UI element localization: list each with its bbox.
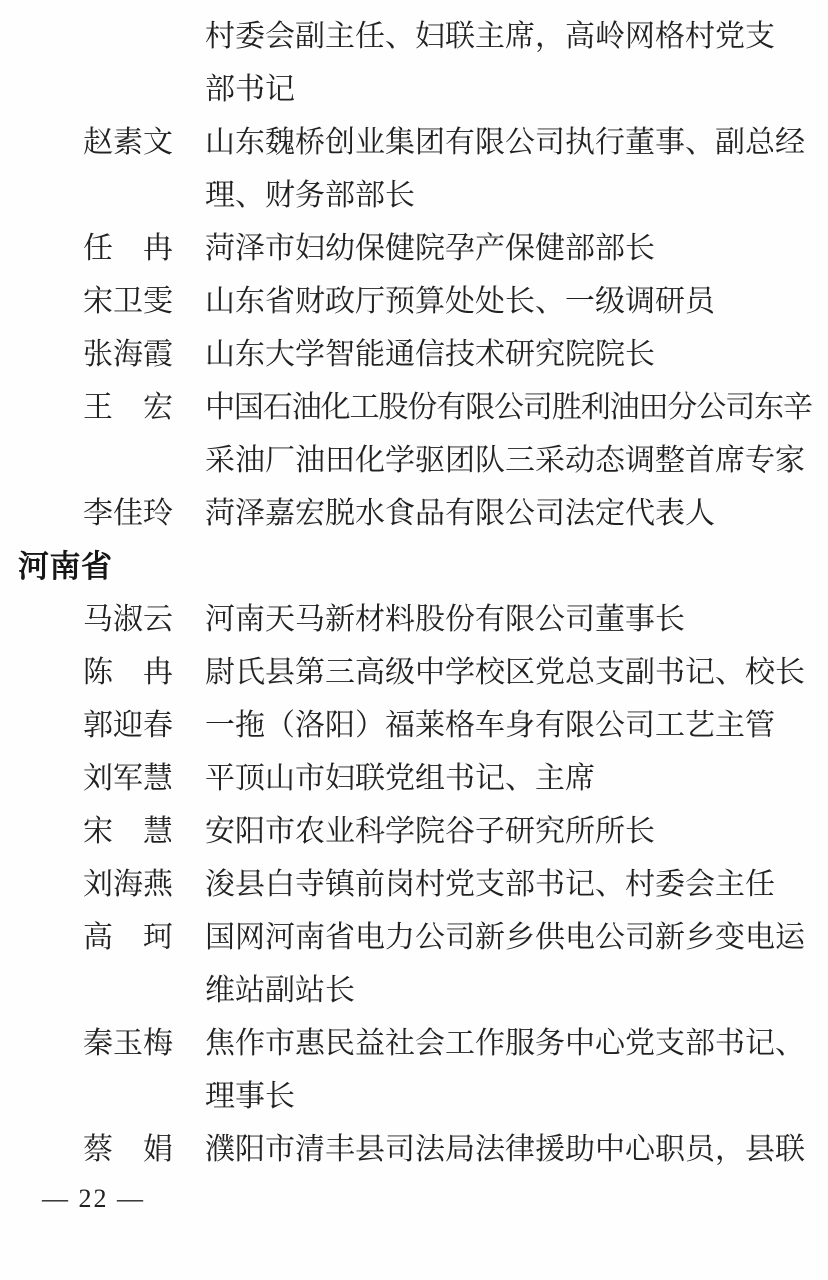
entry-description: 尉氏县第三高级中学校区党总支副书记、校长 <box>205 646 813 699</box>
entry-name: 秦玉梅 <box>83 1017 173 1070</box>
entry-description-line: 平顶山市妇联党组书记、主席 <box>205 752 813 805</box>
entry-description: 村委会副主任、妇联主席，高岭网格村党支部书记 <box>205 10 813 116</box>
entry-row: 秦玉梅焦作市惠民益社会工作服务中心党支部书记、理事长 <box>0 1017 828 1123</box>
entry-row: 王宏中国石油化工股份有限公司胜利油田分公司东辛采油厂油田化学驱团队三采动态调整首… <box>0 381 828 487</box>
entry-row: 李佳玲菏泽嘉宏脱水食品有限公司法定代表人 <box>0 487 828 540</box>
entry-name: 宋慧 <box>83 805 173 858</box>
entry-name: 郭迎春 <box>83 699 173 752</box>
entry-description-line: 尉氏县第三高级中学校区党总支副书记、校长 <box>205 646 813 699</box>
entry-row: 刘军慧平顶山市妇联党组书记、主席 <box>0 752 828 805</box>
entry-name: 刘海燕 <box>83 858 173 911</box>
entry-description-line: 山东大学智能通信技术研究院院长 <box>205 328 813 381</box>
entry-description-line: 国网河南省电力公司新乡供电公司新乡变电运 <box>205 911 813 964</box>
entry-description-line: 中国石油化工股份有限公司胜利油田分公司东辛 <box>205 381 813 434</box>
entry-description-line: 理、财务部部长 <box>205 169 813 222</box>
entry-name: 高珂 <box>83 911 173 964</box>
entry-row: 高珂国网河南省电力公司新乡供电公司新乡变电运维站副站长 <box>0 911 828 1017</box>
entry-description: 山东大学智能通信技术研究院院长 <box>205 328 813 381</box>
entry-name: 蔡娟 <box>83 1123 173 1176</box>
entry-name: 赵素文 <box>83 116 173 169</box>
entry-row: 任冉菏泽市妇幼保健院孕产保健部部长 <box>0 222 828 275</box>
entry-description: 菏泽嘉宏脱水食品有限公司法定代表人 <box>205 487 813 540</box>
entry-name: 宋卫雯 <box>83 275 173 328</box>
entry-description-line: 浚县白寺镇前岗村党支部书记、村委会主任 <box>205 858 813 911</box>
entry-description: 山东魏桥创业集团有限公司执行董事、副总经理、财务部部长 <box>205 116 813 222</box>
entry-row: 张海霞山东大学智能通信技术研究院院长 <box>0 328 828 381</box>
entry-row: 马淑云河南天马新材料股份有限公司董事长 <box>0 593 828 646</box>
entry-description-line: 安阳市农业科学院谷子研究所所长 <box>205 805 813 858</box>
entry-description-line: 河南天马新材料股份有限公司董事长 <box>205 593 813 646</box>
document-page: 村委会副主任、妇联主席，高岭网格村党支部书记赵素文山东魏桥创业集团有限公司执行董… <box>0 0 828 1280</box>
entry-description-line: 维站副站长 <box>205 964 813 1017</box>
entry-name: 任冉 <box>83 222 173 275</box>
entry-name: 刘军慧 <box>83 752 173 805</box>
entry-row: 宋慧安阳市农业科学院谷子研究所所长 <box>0 805 828 858</box>
entry-description-line: 一拖（洛阳）福莱格车身有限公司工艺主管 <box>205 699 813 752</box>
entry-description-line: 部书记 <box>205 63 813 116</box>
entry-description-line: 理事长 <box>205 1070 813 1123</box>
entry-name: 王宏 <box>83 381 173 434</box>
entry-row: 宋卫雯山东省财政厅预算处处长、一级调研员 <box>0 275 828 328</box>
entry-description: 平顶山市妇联党组书记、主席 <box>205 752 813 805</box>
entry-description: 焦作市惠民益社会工作服务中心党支部书记、理事长 <box>205 1017 813 1123</box>
entry-description: 安阳市农业科学院谷子研究所所长 <box>205 805 813 858</box>
entry-description-line: 菏泽市妇幼保健院孕产保健部部长 <box>205 222 813 275</box>
entry-row: 陈冉尉氏县第三高级中学校区党总支副书记、校长 <box>0 646 828 699</box>
entry-row: 赵素文山东魏桥创业集团有限公司执行董事、副总经理、财务部部长 <box>0 116 828 222</box>
entry-description-line: 焦作市惠民益社会工作服务中心党支部书记、 <box>205 1017 813 1070</box>
province-heading: 河南省 <box>18 549 113 584</box>
entry-row: 村委会副主任、妇联主席，高岭网格村党支部书记 <box>0 10 828 116</box>
entry-description: 濮阳市清丰县司法局法律援助中心职员，县联 <box>205 1123 813 1176</box>
entry-description-line: 采油厂油田化学驱团队三采动态调整首席专家 <box>205 434 813 487</box>
entry-description-line: 菏泽嘉宏脱水食品有限公司法定代表人 <box>205 487 813 540</box>
entry-description-line: 濮阳市清丰县司法局法律援助中心职员，县联 <box>205 1123 813 1176</box>
honoree-list: 村委会副主任、妇联主席，高岭网格村党支部书记赵素文山东魏桥创业集团有限公司执行董… <box>0 0 828 1176</box>
entry-name: 陈冉 <box>83 646 173 699</box>
entry-description: 山东省财政厅预算处处长、一级调研员 <box>205 275 813 328</box>
entry-name <box>83 10 173 63</box>
entry-name: 张海霞 <box>83 328 173 381</box>
entry-description: 国网河南省电力公司新乡供电公司新乡变电运维站副站长 <box>205 911 813 1017</box>
section-row: 河南省 <box>0 540 828 593</box>
entry-row: 郭迎春一拖（洛阳）福莱格车身有限公司工艺主管 <box>0 699 828 752</box>
entry-name: 李佳玲 <box>83 487 173 540</box>
entry-description: 中国石油化工股份有限公司胜利油田分公司东辛采油厂油田化学驱团队三采动态调整首席专… <box>205 381 813 487</box>
entry-name: 马淑云 <box>83 593 173 646</box>
entry-description: 一拖（洛阳）福莱格车身有限公司工艺主管 <box>205 699 813 752</box>
entry-description: 浚县白寺镇前岗村党支部书记、村委会主任 <box>205 858 813 911</box>
page-number: — 22 — <box>42 1184 828 1214</box>
entry-description-line: 村委会副主任、妇联主席，高岭网格村党支 <box>205 10 813 63</box>
entry-row: 蔡娟濮阳市清丰县司法局法律援助中心职员，县联 <box>0 1123 828 1176</box>
entry-row: 刘海燕浚县白寺镇前岗村党支部书记、村委会主任 <box>0 858 828 911</box>
entry-description-line: 山东魏桥创业集团有限公司执行董事、副总经 <box>205 116 813 169</box>
entry-description: 菏泽市妇幼保健院孕产保健部部长 <box>205 222 813 275</box>
entry-description-line: 山东省财政厅预算处处长、一级调研员 <box>205 275 813 328</box>
entry-description: 河南天马新材料股份有限公司董事长 <box>205 593 813 646</box>
